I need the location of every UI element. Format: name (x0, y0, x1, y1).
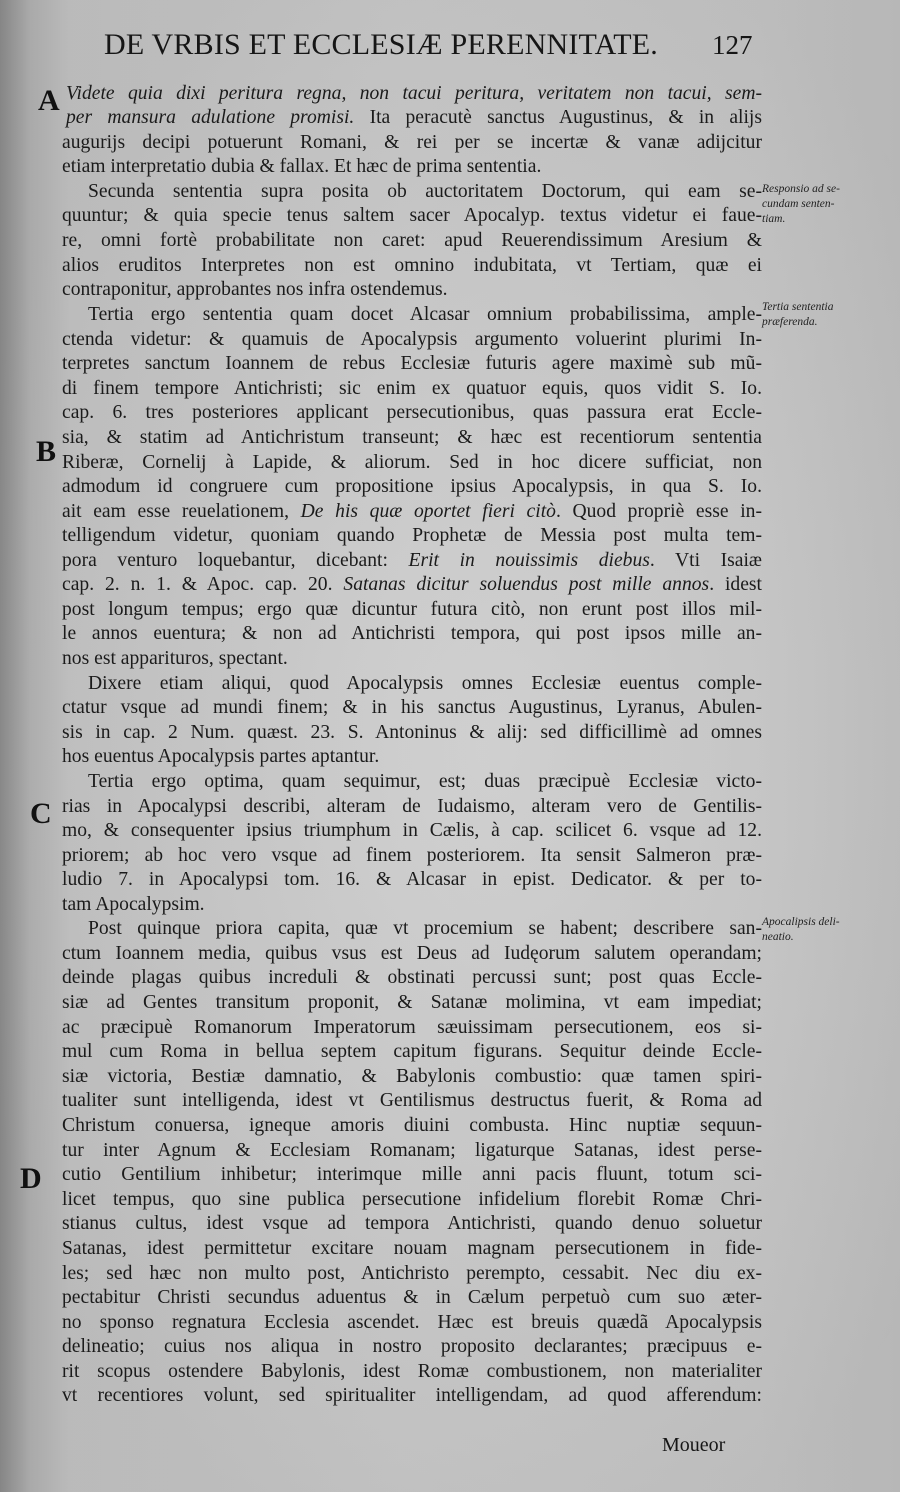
text-line: siæ ad Gentes transitum proponit, & Sata… (62, 991, 762, 1015)
section-letter-a: A (38, 84, 60, 118)
text-line: sis in cap. 2 Num. quæst. 23. S. Antonin… (62, 721, 762, 745)
text-line: tualiter sunt intelligenda, idest vt Gen… (62, 1089, 762, 1113)
section-letter-d: D (20, 1162, 42, 1196)
marginal-note-delineatio: Apocalipsis deli- neatio. (762, 915, 882, 945)
text-line: ait eam esse reuelationem, De his quæ op… (62, 500, 762, 524)
text-line: etiam interpretatio dubia & fallax. Et h… (62, 155, 762, 179)
text-line: Tertia ergo sententia quam docet Alcasar… (88, 303, 762, 327)
text-line: ludio 7. in Apocalypsi tom. 16. & Alcasa… (62, 868, 762, 892)
text-line: stianus cultus, idest vsque ad tempora A… (62, 1212, 762, 1236)
text-run: . Quod propriè esse in- (556, 501, 762, 522)
text-line: cap. 2. n. 1. & Apoc. cap. 20. Satanas d… (62, 573, 762, 597)
marginal-line: cundam senten- (762, 197, 882, 212)
italic-run: Satanas dicitur soluendus post mille ann… (343, 574, 709, 595)
section-letter-b: B (36, 435, 56, 469)
text-line: licet tempus, quo sine publica persecuti… (62, 1188, 762, 1212)
text-run: cap. 2. n. 1. & Apoc. cap. 20. (62, 574, 343, 595)
text-line: Post quinque priora capita, quæ vt proce… (88, 917, 762, 941)
page-number: 127 (712, 30, 753, 61)
text-line: admodum id congruere cum propositione ip… (62, 475, 762, 499)
text-run: Ita peracutè sanctus Augustinus, & in al… (354, 107, 762, 128)
text-line: alios eruditos Interpretes non est omnin… (62, 254, 762, 278)
text-line: Satanas, idest permittetur excitare noua… (62, 1237, 762, 1261)
text-line: cutio Gentilium inhibetur; interimque mi… (62, 1163, 762, 1187)
text-line: no sponso regnatura Ecclesia ascendet. H… (62, 1311, 762, 1335)
text-line: contraponitur, approbantes nos infra ost… (62, 278, 762, 302)
running-title: DE VRBIS ET ECCLESIÆ PERENNITATE. (104, 28, 764, 68)
text-line: le annos euentura; & non ad Antichristi … (62, 622, 762, 646)
text-line: post longum tempus; ergo quæ dicuntur fu… (62, 598, 762, 622)
text-line: Tertia ergo optima, quam sequimur, est; … (88, 770, 762, 794)
marginal-line: Apocalipsis deli- (762, 915, 882, 930)
italic-run: per mansura adulatione promisi. (66, 107, 354, 128)
marginal-line: Responsio ad se- (762, 182, 882, 197)
text-line: Dixere etiam aliqui, quod Apocalypsis om… (88, 672, 762, 696)
text-line: hos euentus Apocalypsis partes aptantur. (62, 745, 762, 769)
text-line: rit scopus ostendere Babylonis, idest Ro… (62, 1360, 762, 1384)
text-line: rias in Apocalypsi describi, alteram de … (62, 795, 762, 819)
text-line: siæ victoria, Bestiæ damnatio, & Babylon… (62, 1065, 762, 1089)
text-line: Secunda sententia supra posita ob auctor… (88, 180, 762, 204)
italic-run: De his quæ oportet fieri citò (301, 501, 556, 522)
text-line: deinde plagas quibus increduli & obstina… (62, 966, 762, 990)
marginal-line: tiam. (762, 212, 882, 227)
text-line: augurijs decipi potuerunt Romani, & rei … (62, 131, 762, 155)
marginal-note-tertia: Tertia sententia præferenda. (762, 300, 882, 330)
text-run: pora venturo loquebantur, dicebant: (62, 550, 409, 571)
text-run: ait eam esse reuelationem, (62, 501, 301, 522)
text-line: cap. 6. tres posteriores applicant perse… (62, 401, 762, 425)
text-line: vt recentiores volunt, sed spiritualiter… (62, 1384, 762, 1408)
text-line: mo, & consequenter ipsius triumphum in C… (62, 819, 762, 843)
text-line: quuntur; & quia specie tenus saltem sace… (62, 204, 762, 228)
text-line: di finem tempore Antichristi; sic enim e… (62, 377, 762, 401)
text-line: delineatio; cuius nos aliqua in nostro p… (62, 1335, 762, 1359)
marginal-note-responsio: Responsio ad se- cundam senten- tiam. (762, 182, 882, 227)
text-line: ac præcipuè Romanorum Imperatorum sæuiss… (62, 1016, 762, 1040)
section-letter-c: C (30, 797, 52, 831)
text-line: tur inter Agnum & Ecclesiam Romanam; lig… (62, 1139, 762, 1163)
italic-run: Erit in nouissimis diebus (409, 550, 650, 571)
text-line: ctenda videtur: & quamuis de Apocalypsis… (62, 328, 762, 352)
marginal-line: Tertia sententia (762, 300, 882, 315)
text-line: pectabitur Christi secundus aduentus & i… (62, 1286, 762, 1310)
text-line: ctatur vsque ad mundi finem; & in his sa… (62, 696, 762, 720)
text-line: mul cum Roma in bellua septem capitum fi… (62, 1040, 762, 1064)
text-line: les; sed hæc non multo post, Antichristo… (62, 1262, 762, 1286)
text-line: pora venturo loquebantur, dicebant: Erit… (62, 549, 762, 573)
text-line: terpretes sanctum Ioannem de rebus Eccle… (62, 352, 762, 376)
text-line: re, omni fortè probabilitate non caret: … (62, 229, 762, 253)
text-line: sia, & statim ad Antichristum transeunt;… (62, 426, 762, 450)
text-line: per mansura adulatione promisi. Ita pera… (66, 106, 762, 130)
marginal-line: neatio. (762, 930, 882, 945)
text-run: . Vti Isaiæ (650, 550, 762, 571)
text-line: telligendum videtur, quoniam quando Prop… (62, 524, 762, 548)
marginal-line: præferenda. (762, 315, 882, 330)
text-line: Videte quia dixi peritura regna, non tac… (66, 82, 762, 106)
catchword: Moueor (662, 1434, 725, 1457)
text-line: priorem; ab hoc vero vsque ad finem post… (62, 844, 762, 868)
text-line: tam Apocalypsim. (62, 893, 762, 917)
text-line: ctum Ioannem media, quibus vsus est Deus… (62, 942, 762, 966)
text-line: nos est apparituros, spectant. (62, 647, 762, 671)
text-line: Riberæ, Cornelij à Lapide, & aliorum. Se… (62, 451, 762, 475)
text-run: . idest (709, 574, 762, 595)
text-line: Christum conuersa, igneque amoris diuini… (62, 1114, 762, 1138)
